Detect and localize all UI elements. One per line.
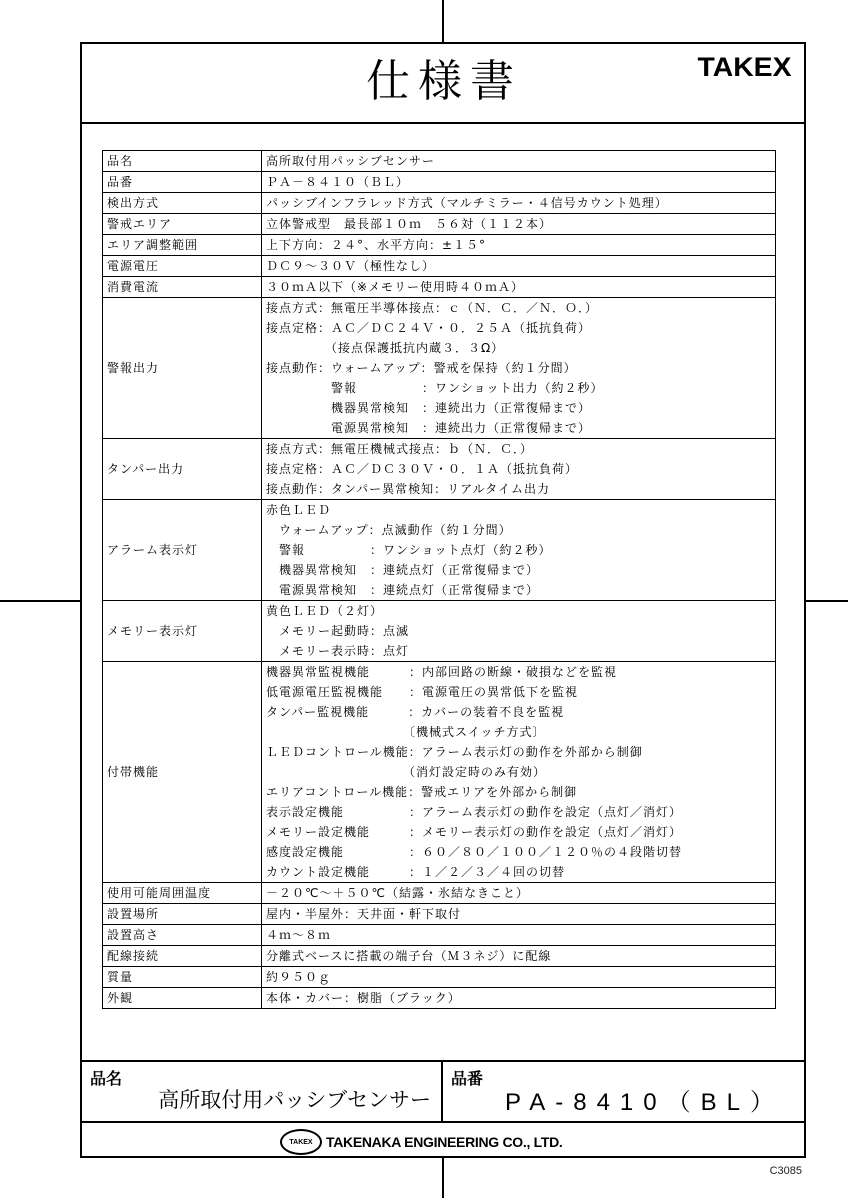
spec-row: 品番ＰＡ－８４１０（ＢＬ） xyxy=(103,172,776,193)
spec-value: パッシブインフラレッド方式（マルチミラー・４信号カウント処理） xyxy=(262,193,776,214)
spec-value: ４ｍ～８ｍ xyxy=(262,925,776,946)
spec-value: ３０ｍＡ以下（※メモリー使用時４０ｍＡ） xyxy=(262,277,776,298)
document-title: 仕様書 xyxy=(366,56,522,108)
spec-value-line: 電源異常検知 ：連続点灯（正常復帰まで） xyxy=(266,580,771,600)
spec-key: 質量 xyxy=(103,967,262,988)
spec-key-label: 使用可能周囲温度 xyxy=(107,883,257,903)
spec-value: ＤＣ９～３０Ｖ（極性なし） xyxy=(262,256,776,277)
spec-value-line: 感度設定機能 ：６０／８０／１００／１２０％の４段階切替 xyxy=(266,842,771,862)
spec-value-line: （消灯設定時のみ有効） xyxy=(266,762,771,782)
spec-key-label: アラーム表示灯 xyxy=(107,540,257,560)
spec-table: 品名高所取付用パッシブセンサー品番ＰＡ－８４１０（ＢＬ）検出方式パッシブインフラ… xyxy=(102,150,776,1009)
product-name-cell: 品名 高所取付用パッシブセンサー xyxy=(82,1062,443,1121)
spec-value: 接点方式：無電圧半導体接点：ｃ（Ｎ．Ｃ．／Ｎ．Ｏ．）接点定格：ＡＣ／ＤＣ２４Ｖ・… xyxy=(262,298,776,439)
spec-value-line: －２０℃～＋５０℃（結露・氷結なきこと） xyxy=(266,883,771,903)
product-name-value: 高所取付用パッシブセンサー xyxy=(158,1084,431,1114)
product-name-label: 品名 xyxy=(90,1066,122,1089)
spec-value-line: （接点保護抵抗内蔵３．３Ω） xyxy=(266,338,771,358)
spec-key-label: 設置場所 xyxy=(107,904,257,924)
spec-value-line: 立体警戒型 最長部１０ｍ ５６対（１１２本） xyxy=(266,214,771,234)
spec-value: 高所取付用パッシブセンサー xyxy=(262,151,776,172)
spec-value: 赤色ＬＥＤ ウォームアップ：点滅動作（約１分間） 警報 ：ワンショット点灯（約２… xyxy=(262,500,776,601)
spec-row: 設置高さ４ｍ～８ｍ xyxy=(103,925,776,946)
spec-row: エリア調整範囲上下方向：２４°、水平方向：±１５° xyxy=(103,235,776,256)
spec-key-label: 設置高さ xyxy=(107,925,257,945)
registration-mark-right xyxy=(806,600,848,602)
spec-value-line: 警報 ：ワンショット点灯（約２秒） xyxy=(266,540,771,560)
spec-value-line: 警報 ：ワンショット出力（約２秒） xyxy=(266,378,771,398)
spec-key-label: メモリー表示灯 xyxy=(107,621,257,641)
spec-value-line: カウント設定機能 ：１／２／３／４回の切替 xyxy=(266,862,771,882)
spec-value-line: メモリー起動時：点滅 xyxy=(266,621,771,641)
spec-value-line: 約９５０ｇ xyxy=(266,967,771,987)
product-number-label: 品番 xyxy=(451,1066,483,1089)
spec-value-line: ウォームアップ：点滅動作（約１分間） xyxy=(266,520,771,540)
spec-value-line: 表示設定機能 ：アラーム表示灯の動作を設定（点灯／消灯） xyxy=(266,802,771,822)
spec-key: 外観 xyxy=(103,988,262,1009)
document-header: 仕様書 TAKEX xyxy=(82,44,804,124)
spec-value-line: ４ｍ～８ｍ xyxy=(266,925,771,945)
spec-value-line: 黄色ＬＥＤ（２灯） xyxy=(266,601,771,621)
spec-value-line: 赤色ＬＥＤ xyxy=(266,500,771,520)
spec-value: ＰＡ－８４１０（ＢＬ） xyxy=(262,172,776,193)
spec-key-label: 付帯機能 xyxy=(107,762,257,782)
spec-value-line: 接点動作：ウォームアップ：警戒を保持（約１分間） xyxy=(266,358,771,378)
spec-value-line: 接点定格：ＡＣ／ＤＣ２４Ｖ・０．２５Ａ（抵抗負荷） xyxy=(266,318,771,338)
spec-value-line: メモリー設定機能 ：メモリー表示灯の動作を設定（点灯／消灯） xyxy=(266,822,771,842)
registration-mark-top xyxy=(442,0,444,42)
spec-key: アラーム表示灯 xyxy=(103,500,262,601)
spec-row: 検出方式パッシブインフラレッド方式（マルチミラー・４信号カウント処理） xyxy=(103,193,776,214)
spec-value-line: 上下方向：２４°、水平方向：±１５° xyxy=(266,235,771,255)
spec-value-line: 機器異常検知 ：連続出力（正常復帰まで） xyxy=(266,398,771,418)
spec-row: 設置場所屋内・半屋外：天井面・軒下取付 xyxy=(103,904,776,925)
spec-value: 屋内・半屋外：天井面・軒下取付 xyxy=(262,904,776,925)
spec-row: 警報出力接点方式：無電圧半導体接点：ｃ（Ｎ．Ｃ．／Ｎ．Ｏ．）接点定格：ＡＣ／ＤＣ… xyxy=(103,298,776,439)
spec-row: 電源電圧ＤＣ９～３０Ｖ（極性なし） xyxy=(103,256,776,277)
registration-mark-left xyxy=(0,600,80,602)
spec-key: 使用可能周囲温度 xyxy=(103,883,262,904)
company-name: TAKENAKA ENGINEERING CO., LTD. xyxy=(326,1134,563,1150)
spec-key-label: 警報出力 xyxy=(107,358,257,378)
spec-key-label: 消費電流 xyxy=(107,277,257,297)
spec-value-line: 本体・カバー：樹脂（ブラック） xyxy=(266,988,771,1008)
spec-key: 消費電流 xyxy=(103,277,262,298)
spec-value: －２０℃～＋５０℃（結露・氷結なきこと） xyxy=(262,883,776,904)
spec-value: 黄色ＬＥＤ（２灯） メモリー起動時：点滅 メモリー表示時：点灯 xyxy=(262,601,776,662)
spec-key: 品名 xyxy=(103,151,262,172)
spec-value-line: 〔機械式スイッチ方式〕 xyxy=(266,722,771,742)
spec-key: 警報出力 xyxy=(103,298,262,439)
spec-value-line: 機器異常監視機能 ：内部回路の断線・破損などを監視 xyxy=(266,662,771,682)
spec-value-line: 接点方式：無電圧機械式接点：ｂ（Ｎ．Ｃ．） xyxy=(266,439,771,459)
spec-value-line: ＰＡ－８４１０（ＢＬ） xyxy=(266,172,771,192)
spec-key: 付帯機能 xyxy=(103,662,262,883)
spec-key: 検出方式 xyxy=(103,193,262,214)
spec-key: エリア調整範囲 xyxy=(103,235,262,256)
spec-row: 消費電流３０ｍＡ以下（※メモリー使用時４０ｍＡ） xyxy=(103,277,776,298)
spec-key-label: 警戒エリア xyxy=(107,214,257,234)
spec-row: アラーム表示灯赤色ＬＥＤ ウォームアップ：点滅動作（約１分間） 警報 ：ワンショ… xyxy=(103,500,776,601)
spec-key: メモリー表示灯 xyxy=(103,601,262,662)
spec-key: タンパー出力 xyxy=(103,439,262,500)
spec-value-line: 低電源電圧監視機能 ：電源電圧の異常低下を監視 xyxy=(266,682,771,702)
title-block-row: 品名 高所取付用パッシブセンサー 品番 PA-8410（BL） xyxy=(82,1062,804,1123)
spec-value-line: メモリー表示時：点灯 xyxy=(266,641,771,661)
spec-value-line: タンパー監視機能 ：カバーの装着不良を監視 xyxy=(266,702,771,722)
spec-key-label: タンパー出力 xyxy=(107,459,257,479)
spec-value: 上下方向：２４°、水平方向：±１５° xyxy=(262,235,776,256)
spec-key: 品番 xyxy=(103,172,262,193)
company-logo: TAKEX TAKENAKA ENGINEERING CO., LTD. xyxy=(280,1129,563,1155)
spec-key-label: 品番 xyxy=(107,172,257,192)
spec-key-label: 検出方式 xyxy=(107,193,257,213)
spec-value-line: ３０ｍＡ以下（※メモリー使用時４０ｍＡ） xyxy=(266,277,771,297)
spec-row: 配線接続分離式ベースに搭載の端子台（Ｍ３ネジ）に配線 xyxy=(103,946,776,967)
spec-value-line: 接点方式：無電圧半導体接点：ｃ（Ｎ．Ｃ．／Ｎ．Ｏ．） xyxy=(266,298,771,318)
spec-key: 警戒エリア xyxy=(103,214,262,235)
spec-value: 約９５０ｇ xyxy=(262,967,776,988)
spec-value: 本体・カバー：樹脂（ブラック） xyxy=(262,988,776,1009)
product-number-cell: 品番 PA-8410（BL） xyxy=(443,1062,804,1121)
spec-key: 配線接続 xyxy=(103,946,262,967)
spec-value-line: パッシブインフラレッド方式（マルチミラー・４信号カウント処理） xyxy=(266,193,771,213)
product-number-value: PA-8410（BL） xyxy=(505,1082,784,1117)
registration-mark-bottom xyxy=(442,1158,444,1198)
spec-key-label: 電源電圧 xyxy=(107,256,257,276)
spec-value-line: エリアコントロール機能：警戒エリアを外部から制御 xyxy=(266,782,771,802)
spec-key-label: 質量 xyxy=(107,967,257,987)
spec-value: 機器異常監視機能 ：内部回路の断線・破損などを監視低電源電圧監視機能 ：電源電圧… xyxy=(262,662,776,883)
title-block: 品名 高所取付用パッシブセンサー 品番 PA-8410（BL） TAKEX TA… xyxy=(82,1060,804,1158)
spec-row: 品名高所取付用パッシブセンサー xyxy=(103,151,776,172)
spec-row: 付帯機能機器異常監視機能 ：内部回路の断線・破損などを監視低電源電圧監視機能 ：… xyxy=(103,662,776,883)
spec-value-line: ＬＥＤコントロール機能：アラーム表示灯の動作を外部から制御 xyxy=(266,742,771,762)
spec-row: 外観本体・カバー：樹脂（ブラック） xyxy=(103,988,776,1009)
spec-key: 設置高さ xyxy=(103,925,262,946)
takex-ring-icon: TAKEX xyxy=(280,1129,322,1155)
spec-value-line: 分離式ベースに搭載の端子台（Ｍ３ネジ）に配線 xyxy=(266,946,771,966)
spec-key: 設置場所 xyxy=(103,904,262,925)
spec-row: 使用可能周囲温度－２０℃～＋５０℃（結露・氷結なきこと） xyxy=(103,883,776,904)
spec-value-line: 高所取付用パッシブセンサー xyxy=(266,151,771,171)
spec-value-line: 電源異常検知 ：連続出力（正常復帰まで） xyxy=(266,418,771,438)
spec-row: メモリー表示灯黄色ＬＥＤ（２灯） メモリー起動時：点滅 メモリー表示時：点灯 xyxy=(103,601,776,662)
spec-value-line: ＤＣ９～３０Ｖ（極性なし） xyxy=(266,256,771,276)
spec-row: 警戒エリア立体警戒型 最長部１０ｍ ５６対（１１２本） xyxy=(103,214,776,235)
spec-row: タンパー出力接点方式：無電圧機械式接点：ｂ（Ｎ．Ｃ．）接点定格：ＡＣ／ＤＣ３０Ｖ… xyxy=(103,439,776,500)
spec-value-line: 接点定格：ＡＣ／ＤＣ３０Ｖ・０．１Ａ（抵抗負荷） xyxy=(266,459,771,479)
spec-value: 接点方式：無電圧機械式接点：ｂ（Ｎ．Ｃ．）接点定格：ＡＣ／ＤＣ３０Ｖ・０．１Ａ（… xyxy=(262,439,776,500)
spec-row: 質量約９５０ｇ xyxy=(103,967,776,988)
spec-key-label: 品名 xyxy=(107,151,257,171)
spec-key-label: 配線接続 xyxy=(107,946,257,966)
spec-value: 立体警戒型 最長部１０ｍ ５６対（１１２本） xyxy=(262,214,776,235)
spec-value: 分離式ベースに搭載の端子台（Ｍ３ネジ）に配線 xyxy=(262,946,776,967)
document-frame: 仕様書 TAKEX 品名高所取付用パッシブセンサー品番ＰＡ－８４１０（ＢＬ）検出… xyxy=(80,42,806,1158)
spec-value-line: 屋内・半屋外：天井面・軒下取付 xyxy=(266,904,771,924)
company-row: TAKEX TAKENAKA ENGINEERING CO., LTD. xyxy=(82,1123,804,1158)
spec-key: 電源電圧 xyxy=(103,256,262,277)
spec-value-line: 接点動作：タンパー異常検知：リアルタイム出力 xyxy=(266,479,771,499)
spec-key-label: 外観 xyxy=(107,988,257,1008)
spec-value-line: 機器異常検知 ：連続点灯（正常復帰まで） xyxy=(266,560,771,580)
brand-logo: TAKEX xyxy=(698,52,792,83)
document-code: C3085 xyxy=(770,1165,802,1177)
spec-key-label: エリア調整範囲 xyxy=(107,235,257,255)
